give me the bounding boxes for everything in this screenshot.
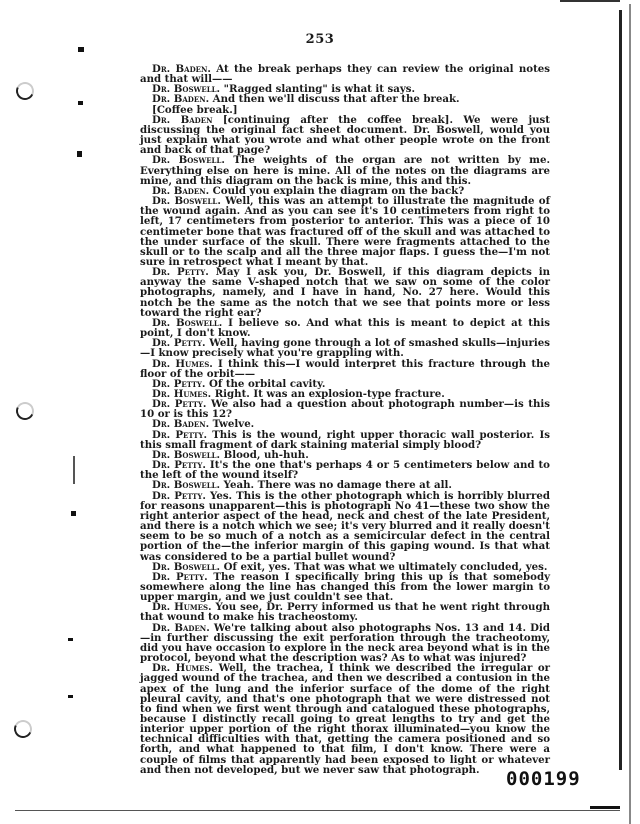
- right-binding-edge: [619, 10, 622, 770]
- paragraph-text: Well, this was an attempt to illustrate …: [140, 195, 550, 268]
- margin-mark-icon: [78, 101, 83, 105]
- paragraph: Dr. Petty. We also had a question about …: [140, 399, 550, 419]
- bottom-edge-rule: [15, 810, 620, 811]
- paragraph: Dr. Baden. At the break perhaps they can…: [140, 64, 550, 84]
- paragraph-text: Well, the trachea, I think we described …: [140, 662, 550, 776]
- punch-hole-icon: [11, 717, 34, 740]
- margin-mark-icon: [77, 151, 82, 157]
- transcript-body: Dr. Baden. At the break perhaps they can…: [140, 64, 550, 775]
- paragraph-text: Yes. This is the other photograph which …: [140, 490, 550, 563]
- paragraph: Dr. Humes. I think this—I would interpre…: [140, 359, 550, 379]
- margin-mark-icon: [68, 695, 73, 698]
- paragraph: Dr. Petty. This is the wound, right uppe…: [140, 430, 550, 450]
- margin-mark-icon: [71, 511, 76, 516]
- paragraph: Dr. Petty. Yes. This is the other photog…: [140, 491, 550, 562]
- paragraph: Dr. Petty. It's the one that's perhaps 4…: [140, 460, 550, 480]
- paragraph: Dr. Boswell. The weights of the organ ar…: [140, 155, 550, 185]
- paragraph: Dr. Humes. Well, the trachea, I think we…: [140, 663, 550, 775]
- top-edge-rule: [560, 0, 620, 2]
- margin-mark-icon: [78, 47, 84, 52]
- right-binding-edge-outer: [629, 4, 631, 824]
- punch-hole-icon: [13, 399, 36, 422]
- paragraph: Dr. Baden [continuing after the coffee b…: [140, 115, 550, 156]
- paragraph: Dr. Petty. May I ask you, Dr. Boswell, i…: [140, 267, 550, 318]
- paragraph: Dr. Petty. Well, having gone through a l…: [140, 338, 550, 358]
- paragraph: Dr. Boswell. I believe so. And what this…: [140, 318, 550, 338]
- bottom-corner-mark: [590, 806, 620, 809]
- margin-tick-icon: [73, 456, 75, 484]
- paragraph: Dr. Petty. The reason I specifically bri…: [140, 572, 550, 602]
- paragraph: Dr. Baden. We're talking about also phot…: [140, 623, 550, 664]
- margin-mark-icon: [68, 638, 73, 641]
- bates-stamp-number: 000199: [506, 768, 581, 790]
- paragraph-text: And then we'll discuss that after the br…: [209, 93, 459, 105]
- paragraph: Dr. Humes. You see, Dr. Perry informed u…: [140, 602, 550, 622]
- punch-hole-icon: [13, 79, 36, 102]
- page-number: 253: [0, 32, 640, 47]
- paragraph: Dr. Boswell. Well, this was an attempt t…: [140, 196, 550, 267]
